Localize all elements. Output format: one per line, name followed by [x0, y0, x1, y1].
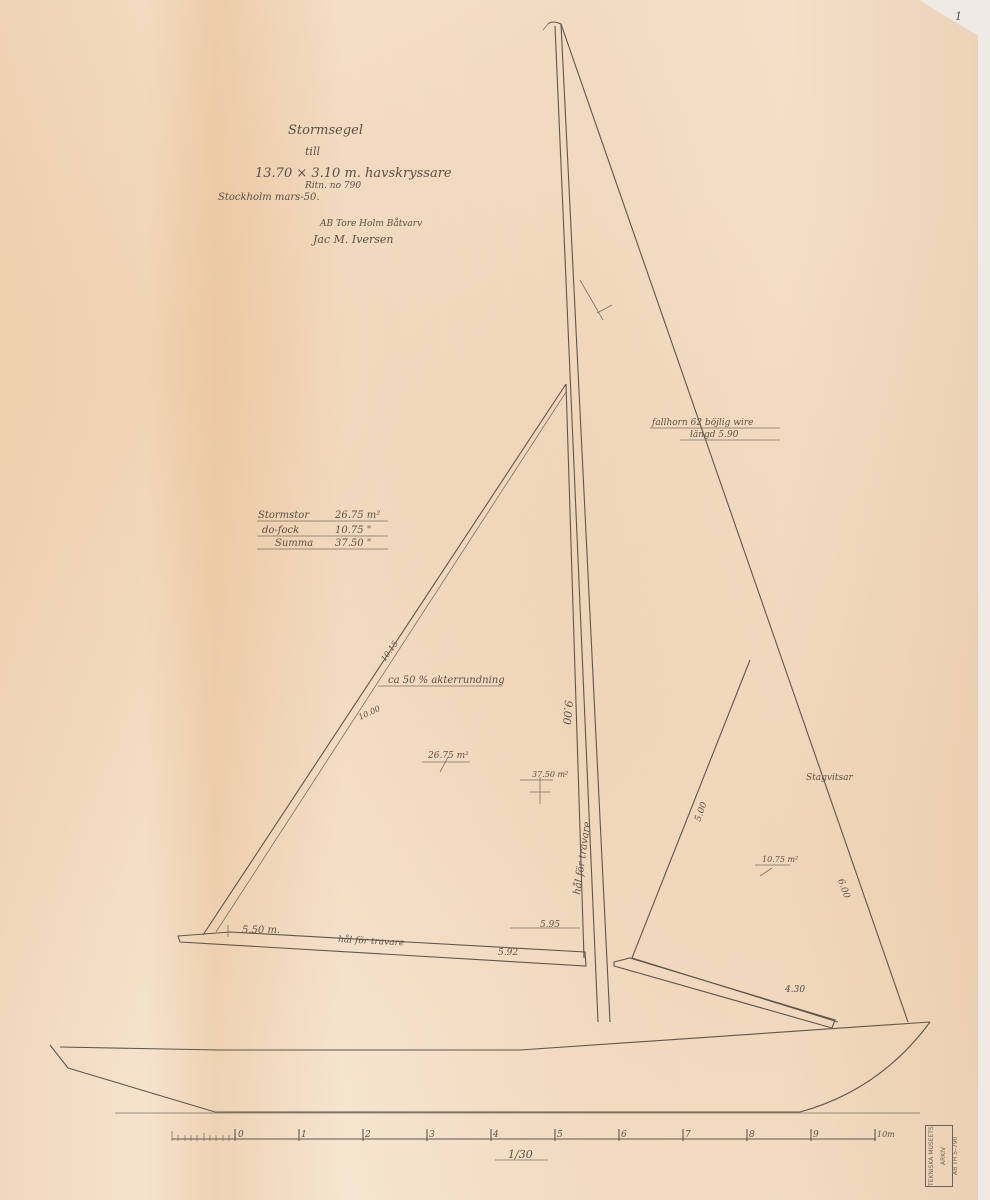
jib	[614, 660, 838, 1028]
mast-track: hål för travare	[571, 821, 593, 896]
main-area: 26.75 m²	[427, 751, 469, 761]
designer-signature: Jac M. Iversen	[311, 233, 393, 246]
area-row-label: Stormstor	[258, 510, 310, 521]
area-row-value: 37.50 "	[335, 538, 371, 549]
halyard-note: fallhorn 62 böjlig wire	[651, 418, 754, 428]
luff-lower: 10.00	[357, 704, 382, 722]
forestay	[561, 24, 908, 1022]
stamp-line2: AB TH 5–790	[950, 1126, 962, 1186]
combined-area: 37.50 m²	[532, 770, 568, 779]
foot-length: 5.92	[498, 948, 518, 958]
scale-tick: 2	[364, 1130, 371, 1140]
luff-upper: 10.15	[379, 639, 400, 663]
mainsail	[203, 384, 584, 958]
scale-tick: 1	[301, 1130, 307, 1140]
stay-note: Stagvitsar	[806, 773, 853, 783]
scale-tick: 0	[238, 1130, 244, 1140]
drawing-number: Ritn. no 790	[304, 181, 361, 191]
scale-tick: 8	[749, 1130, 755, 1140]
title-text: Stormsegel	[288, 123, 363, 138]
jib-foot: 4.30	[784, 985, 805, 995]
sail-plan-drawing: Stormsegel till 13.70 × 3.10 m. havskrys…	[0, 0, 990, 1200]
scale-tick: 4	[492, 1130, 499, 1140]
title-till: till	[305, 145, 320, 158]
scale-tick: 10m	[877, 1130, 895, 1139]
foot-top: 5.95	[540, 920, 560, 930]
halyard-length: längd 5.90	[690, 430, 739, 440]
jib-area: 10.75 m²	[762, 855, 798, 864]
scale-tick: 5	[557, 1130, 563, 1140]
stamp-line1: TEKNISKA MUSEETS ARKIV	[926, 1126, 950, 1186]
archive-stamp: TEKNISKA MUSEETS ARKIV AB TH 5–790	[925, 1125, 953, 1187]
scale-tick: 3	[429, 1130, 435, 1140]
scale-tick: 9	[813, 1130, 819, 1140]
area-row-value: 10.75 "	[335, 525, 371, 536]
boom-track: hål för travare	[338, 933, 405, 948]
scale-tick: 7	[685, 1130, 691, 1140]
jib-luff: 5.00	[693, 801, 709, 824]
scale-tick: 6	[621, 1130, 627, 1140]
firm-signature: AB Tore Holm Båtvarv	[319, 217, 422, 229]
sheet-number: 1	[955, 10, 962, 23]
boom-length: 5.50 m.	[242, 925, 280, 936]
hull	[50, 1022, 930, 1112]
mast-height: 9.00	[560, 700, 575, 726]
area-row-label: do-fock	[262, 525, 299, 536]
title-boat: 13.70 × 3.10 m. havskryssare	[255, 166, 452, 181]
scale-ratio: 1/30	[508, 1148, 533, 1161]
leech-note: ca 50 % akterrundning	[388, 675, 505, 686]
area-row-value: 26.75 m²	[334, 510, 380, 521]
jib-leech: 6.00	[835, 878, 851, 901]
area-row-label: Summa	[275, 538, 313, 549]
place-date: Stockholm mars-50.	[218, 192, 320, 203]
